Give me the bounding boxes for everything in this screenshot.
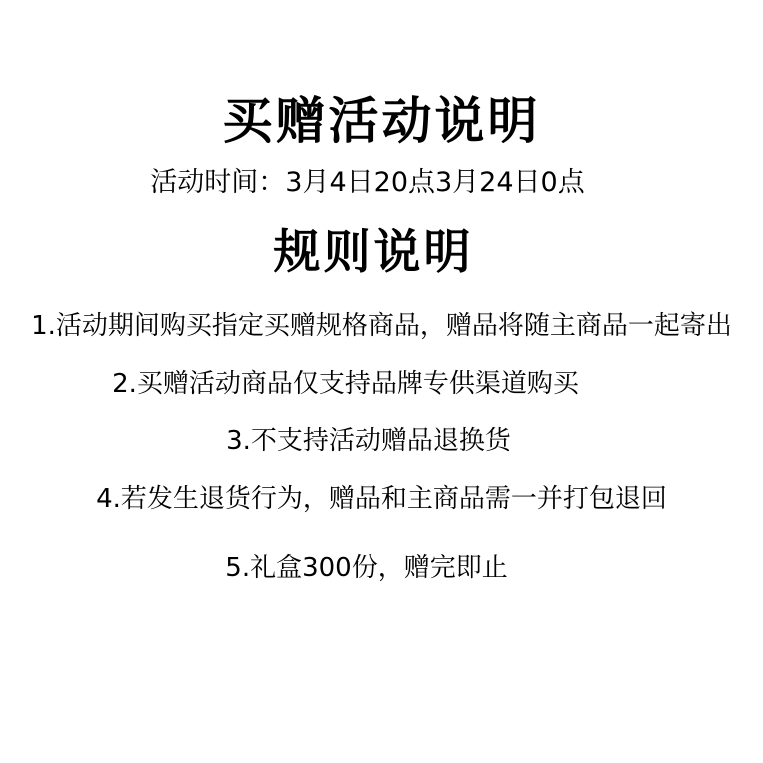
rule-item: 5.礼盒300份，赠完即止 xyxy=(0,555,748,581)
rule-item: 3.不支持活动赠品退换货 xyxy=(0,428,750,454)
page-title: 买赠活动说明 xyxy=(0,96,763,146)
rule-item: 4.若发生退货行为，赠品和主商品需一并打包退回 xyxy=(0,486,763,512)
rules-heading: 规则说明 xyxy=(0,229,755,276)
rule-item: 2.买赠活动商品仅支持品牌专供渠道购买 xyxy=(0,371,727,397)
activity-time: 活动时间：3月4日20点3月24日0点 xyxy=(0,169,749,196)
rule-item: 1.活动期间购买指定买赠规格商品，赠品将随主商品一起寄出 xyxy=(0,313,763,339)
